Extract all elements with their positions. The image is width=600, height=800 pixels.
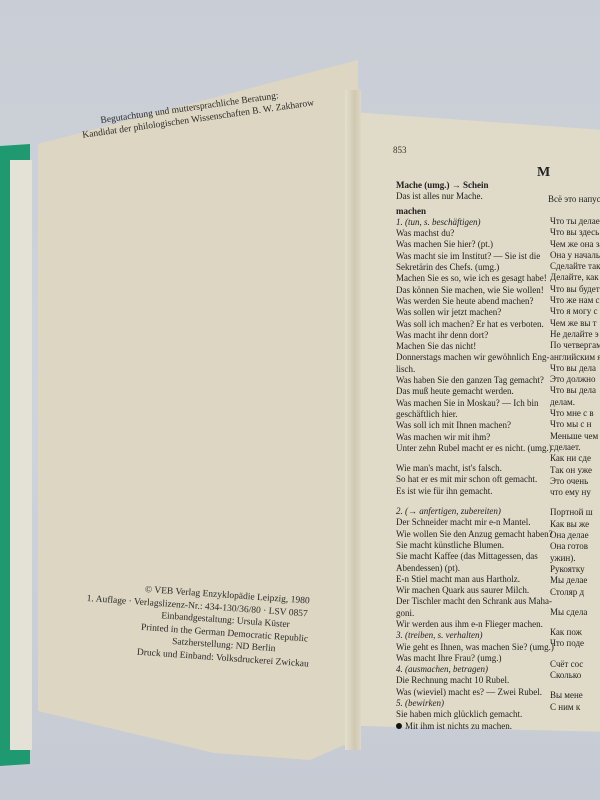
russian-line: По четвергам [550,340,600,351]
russian-line: Сколько [550,670,600,681]
russian-line: Что вы дела [550,385,600,396]
russian-line: Как вы же [550,519,600,530]
russian-line: Чем же вы т [550,318,600,329]
russian-line: ужин). [550,553,600,564]
russian-line: Делайте, как [550,272,600,283]
entry-headword: Mache (umg.) → Schein [396,180,586,191]
idiom-line: Mit ihm ist nichts zu machen. [396,721,586,732]
russian-column: Что ты делаеш Что вы здесь д Чем же она … [550,216,600,713]
russian-line: Что я могу с [550,306,600,317]
russian-line: Это должно [550,374,600,385]
spacer [550,681,600,690]
russian-line: Она готов [550,541,600,552]
russian-line: С ним к [550,702,600,713]
russian-line: что ему ну [550,487,600,498]
russian-line: Мы делае [550,575,600,586]
book-cover-edge [10,160,32,750]
russian-line: Меньше чем [550,431,600,442]
russian-line: Как ни сде [550,453,600,464]
spacer [550,598,600,607]
russian-line: Портной ш [550,507,600,518]
russian-line: Что мне с в [550,408,600,419]
russian-line: сделает. [550,442,600,453]
spacer [550,498,600,507]
russian-line: Что поде [550,638,600,649]
idiom-text: Mit ihm ist nichts zu machen. [405,721,512,731]
entry-line: Das ist alles nur Mache. [396,191,586,202]
russian-line: Не делайте э [550,329,600,340]
russian-line: Что вы здесь д [550,227,600,238]
russian-line: Это очень [550,476,600,487]
page-number: 853 [393,145,407,155]
russian-line: Что ты делаеш [550,216,600,227]
russian-line: Что же нам с [550,295,600,306]
russian-line: Она у начальн [550,250,600,261]
spacer [550,618,600,627]
russian-line: делам. [550,397,600,408]
russian-line: Она делае [550,530,600,541]
russian-line: Чем же она за [550,239,600,250]
bullet-icon [396,723,402,729]
russian-line: Сделайте так, [550,261,600,272]
russian-line: Что вы дела [550,363,600,374]
spacer [550,650,600,659]
russian-line: Что вы будет [550,284,600,295]
russian-line: Вы мене [550,690,600,701]
russian-line: Как пож [550,627,600,638]
russian-line: Так он уже [550,465,600,476]
russian-line: Мы сдела [550,607,600,618]
russian-line: Рукоятку [550,564,600,575]
russian-line: Счёт сос [550,659,600,670]
russian-line: Что мы с н [550,419,600,430]
russian-line: английским я [550,352,600,363]
section-letter: M [537,165,550,181]
russian-line: Столяр д [550,587,600,598]
